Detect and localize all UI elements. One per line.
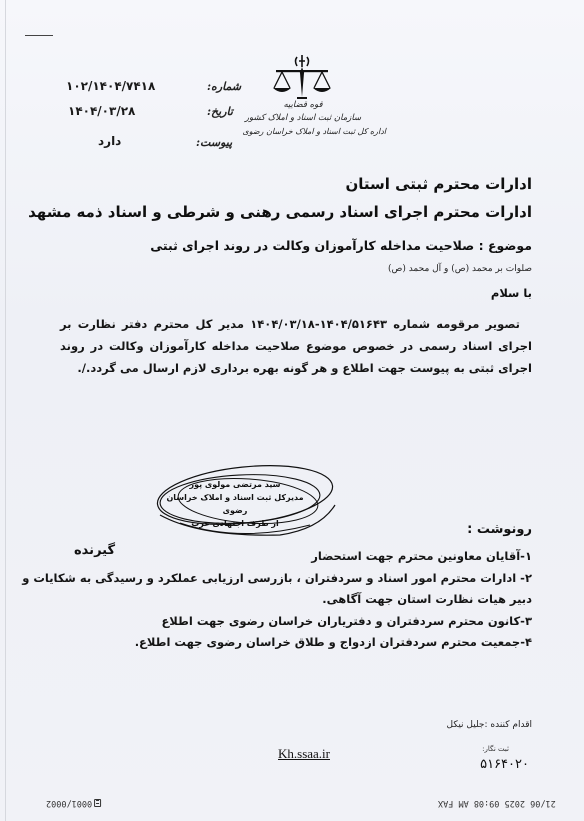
addressee-line-2: ادارات محترم اجرای اسناد رسمی رهنی و شرط… [28,203,532,221]
letter-body: تصویر مرقومه شماره ۱۴۰۴/۵۱۶۴۳-۱۴۰۴/۰۳/۱۸… [60,313,532,379]
body-paragraph: تصویر مرقومه شماره ۱۴۰۴/۵۱۶۴۳-۱۴۰۴/۰۳/۱۸… [60,313,532,379]
salawat-line: صلوات بر محمد (ص) و آل محمد (ص) [388,264,532,274]
cc-item: ۲- ادارات محترم امور اسناد و سردفتران ، … [42,568,532,590]
registrar-label: ثبت نگار: [482,745,509,753]
fax-timestamp: 21/06 2025 09:08 AM FAX [438,798,556,808]
stamp-signer-title: مدیرکل ثبت اسناد و املاک خراسان رضوی [160,491,310,517]
cc-list: ۱-آقایان معاونین محترم جهت استحضار ۲- اد… [42,546,532,654]
stamp-on-behalf: از طرف اجتهادی عرب [160,517,310,530]
org-line-registration-org: سازمان ثبت اسناد و املاک کشور [228,112,378,125]
attachment-value: دارد [98,134,121,148]
subject-line: موضوع : صلاحیت مداخله کارآموزان وکالت در… [150,238,532,253]
cc-item: ۴-جمعیت محترم سردفتران ازدواج و طلاق خرا… [42,632,532,654]
attachment-label: پیوست: [196,136,232,149]
stamp-text: سید مرتضی مولوی پور مدیرکل ثبت اسناد و ا… [160,478,310,530]
letter-number-label: شماره: [207,80,241,93]
cc-title: رونوشت : [467,522,532,537]
scan-edge [5,0,6,821]
addressee-line-1: ادارات محترم ثبتی استان [345,175,532,193]
letter-date-label: تاریخ: [207,105,233,118]
letter-number-value: ۱۰۲/۱۴۰۴/۷۴۱۸ [66,79,155,93]
cc-item: ۳-کانون محترم سردفتران و دفتریاران خراسا… [42,611,532,633]
action-by: اقدام کننده :جلیل نیکل [447,720,532,730]
fax-machine-icon [94,799,101,807]
org-line-khorasan-office: اداره کل ثبت اسناد و املاک خراسان رضوی [228,125,386,138]
fax-pages-text: 0001/0002 [46,798,92,808]
greeting: با سلام [491,286,532,300]
org-line-judiciary: قوه قضاییه [228,99,378,112]
cc-item: ۱-آقایان معاونین محترم جهت استحضار [42,546,532,568]
document-page: قوه قضاییه سازمان ثبت اسناد و املاک کشور… [0,0,584,821]
letter-date-value: ۱۴۰۴/۰۳/۲۸ [68,104,135,118]
top-dash-mark [25,35,53,36]
website-link[interactable]: Kh.ssaa.ir [278,746,330,762]
cc-item-continuation: دبیر هیات نظارت استان جهت آگاهی. [42,589,532,611]
fax-page-count: 0001/0002 [46,798,101,808]
letterhead-organization: قوه قضاییه سازمان ثبت اسناد و املاک کشور… [228,99,378,138]
registrar-number: ۵۱۶۴۰۲۰ [480,757,529,772]
judiciary-emblem-icon [270,55,334,101]
stamp-signer-name: سید مرتضی مولوی پور [160,478,310,491]
